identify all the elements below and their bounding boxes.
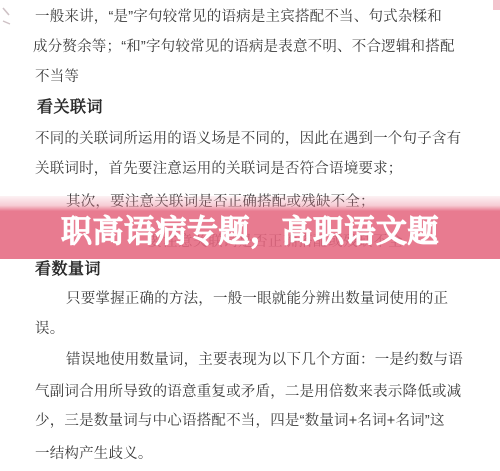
corner-smudge-right	[493, 0, 500, 10]
paragraph-line: 一结构产生歧义。	[35, 446, 153, 463]
corner-smudge-left-icon	[1, 6, 13, 28]
paragraph-line: 只要掌握正确的方法，一般一眼就能分辨出数量词使用的正	[66, 291, 448, 308]
paragraph-line: 少，三是数量词与中心语搭配不当，四是“数量词+名词+名词”这	[35, 413, 445, 430]
paragraph-line: 成分赘余等；“和”字句较常见的语病是表意不明、不合逻辑和搭配	[33, 39, 455, 56]
paragraph-line: 关联词时，首先要注意运用的关联词是否符合语境要求；	[35, 161, 403, 178]
paragraph-line: 误。	[35, 321, 64, 338]
paragraph-line: 气副词合用所导致的语意重复或矛盾，二是用倍数来表示降低或减	[35, 384, 461, 401]
paragraph-line: 不同的关联词所运用的语义场是不同的，因此在遇到一个句子含有	[35, 131, 461, 148]
section-heading-shuliangci: 看数量词	[35, 261, 101, 279]
banner-title: 职高语病专题，高职语文题	[0, 215, 500, 249]
paragraph-line: 一般来讲，“是”字句较常见的语病是主宾搭配不当、句式杂糅和	[35, 9, 442, 26]
paragraph-line: 不当等	[35, 69, 79, 86]
article-page: 一般来讲，“是”字句较常见的语病是主宾搭配不当、句式杂糅和 成分赘余等；“和”字…	[0, 0, 500, 471]
section-heading-guanlianci: 看关联词	[37, 99, 103, 117]
watermark-banner: 要注意关联词是否正确搭配或残缺不全 职高语病专题，高职语文题	[0, 196, 500, 259]
paragraph-line: 错误地使用数量词，主要表现为以下几个方面：一是约数与语	[66, 352, 463, 369]
